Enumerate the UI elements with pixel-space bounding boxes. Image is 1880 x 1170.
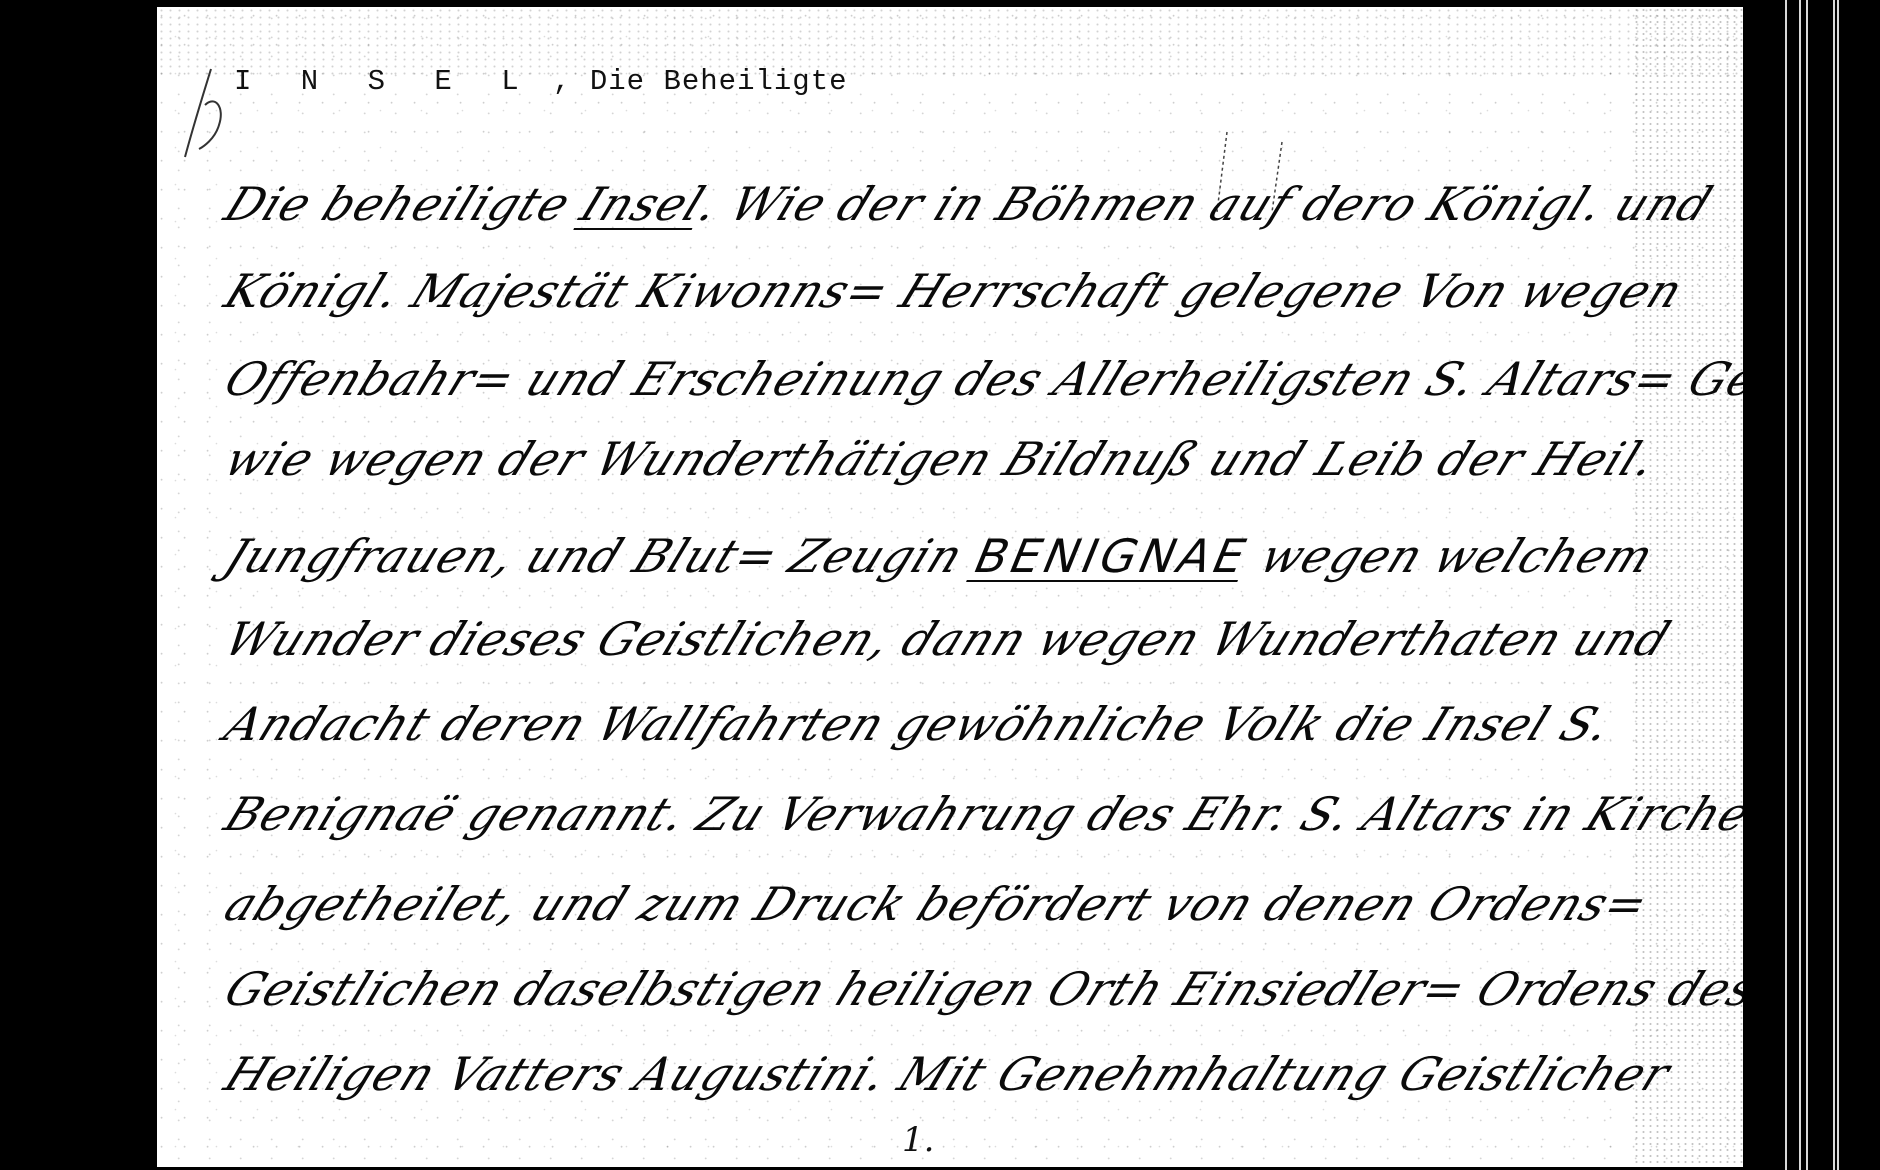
scan-line	[1837, 0, 1839, 1170]
line-text: wegen welchem	[1237, 529, 1663, 583]
line-text: Die beheiligte	[217, 177, 595, 231]
scan-line	[1785, 0, 1787, 1170]
handwritten-line-2: Königl. Majestät Kiwonns= Herrschaft gel…	[217, 264, 1719, 318]
scanned-page: I N S E L , Die Beheiligte Die beheiligt…	[157, 7, 1743, 1167]
handwritten-line-8: Benignaë genannt. Zu Verwahrung des Ehr.…	[217, 787, 1719, 841]
underlined-word: Insel	[573, 177, 713, 231]
scan-border-lines	[1743, 0, 1880, 1170]
line-text: Jungfrauen, und Blut= Zeugin	[217, 529, 987, 583]
line-text: . Wie der in Böhmen auf dero Königl. und	[691, 177, 1720, 231]
handwritten-line-6: Wunder dieses Geistlichen, dann wegen Wu…	[217, 612, 1719, 666]
scan-line	[1833, 0, 1835, 1170]
header-separator: ,	[535, 65, 590, 98]
handwritten-line-4: wie wegen der Wunderthätigen Bildnuß und…	[217, 432, 1719, 486]
scan-line	[1806, 0, 1808, 1170]
header-keyword: I N S E L	[234, 65, 535, 98]
handwritten-line-9: abgetheilet, und zum Druck befördert von…	[217, 877, 1719, 931]
benignae-name: BENIGNAE	[966, 529, 1259, 583]
page-number: 1.	[902, 1120, 934, 1160]
document-header: I N S E L , Die Beheiligte	[234, 65, 848, 98]
handwritten-line-3: Offenbahr= und Erscheinung des Allerheil…	[217, 352, 1719, 406]
handwritten-line-10: Geistlichen daselbstigen heiligen Orth E…	[217, 962, 1719, 1016]
handwritten-line-7: Andacht deren Wallfahrten gewöhnliche Vo…	[217, 697, 1719, 751]
handwritten-line-1: Die beheiligte Insel. Wie der in Böhmen …	[217, 177, 1719, 231]
header-title: Die Beheiligte	[590, 65, 848, 98]
handwritten-line-5: Jungfrauen, und Blut= Zeugin BENIGNAE we…	[217, 529, 1719, 583]
handwritten-line-11: Heiligen Vatters Augustini. Mit Genehmha…	[217, 1047, 1719, 1101]
pencil-folio-mark-icon	[181, 65, 227, 165]
scan-line	[1799, 0, 1801, 1170]
